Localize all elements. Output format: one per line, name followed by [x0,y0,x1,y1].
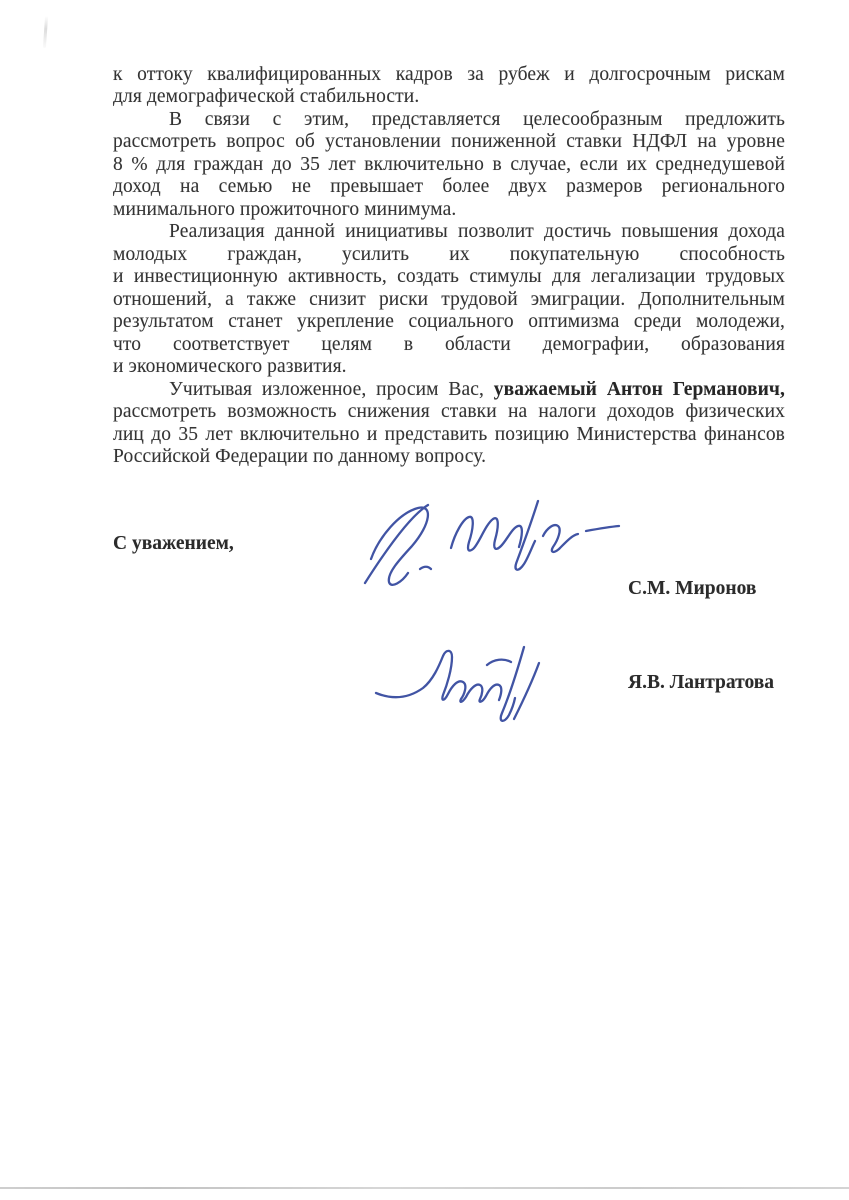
text-line: молодых граждан, усилить их покупательну… [113,244,785,266]
text-line: к оттоку квалифицированных кадров за руб… [113,64,785,86]
text-line: 8 % для граждан до 35 лет включительно в… [113,154,785,176]
scan-edge-artifact [0,1187,849,1189]
text-line: и экономического развития. [113,356,785,378]
text-line: и инвестиционную активность, создать сти… [113,266,785,288]
mironov-signature-icon [348,496,626,592]
text-line: минимального прожиточного минимума. [113,199,785,221]
lantratova-signature-icon [371,641,569,725]
signer-name-lantratova: Я.В. Лантратова [628,672,774,694]
text-line: результатом станет укрепление социальног… [113,311,785,333]
text-line: Учитывая изложенное, просим Вас, уважаем… [113,379,785,401]
text-line: отношений, а также снизит риски трудовой… [113,289,785,311]
text-line: Российской Федерации по данному вопросу. [113,446,785,468]
text-line: Реализация данной инициативы позволит до… [113,221,785,243]
letter-body: к оттоку квалифицированных кадров за руб… [113,64,785,468]
text-line: рассмотреть возможность снижения ставки … [113,401,785,423]
scan-scratch-artifact [43,16,48,48]
text-line: лиц до 35 лет включительно и представить… [113,424,785,446]
text-line: доход на семью не превышает более двух р… [113,176,785,198]
scanned-letter-page: к оттоку квалифицированных кадров за руб… [0,0,849,1200]
text-line: что соответствует целям в области демогр… [113,334,785,356]
text-line: для демографической стабильности. [113,86,785,108]
signer-name-mironov: С.М. Миронов [628,578,756,600]
text-line: В связи с этим, представляется целесообр… [113,109,785,131]
salutation: С уважением, [113,533,234,555]
text-line: рассмотреть вопрос об установлении пониж… [113,131,785,153]
